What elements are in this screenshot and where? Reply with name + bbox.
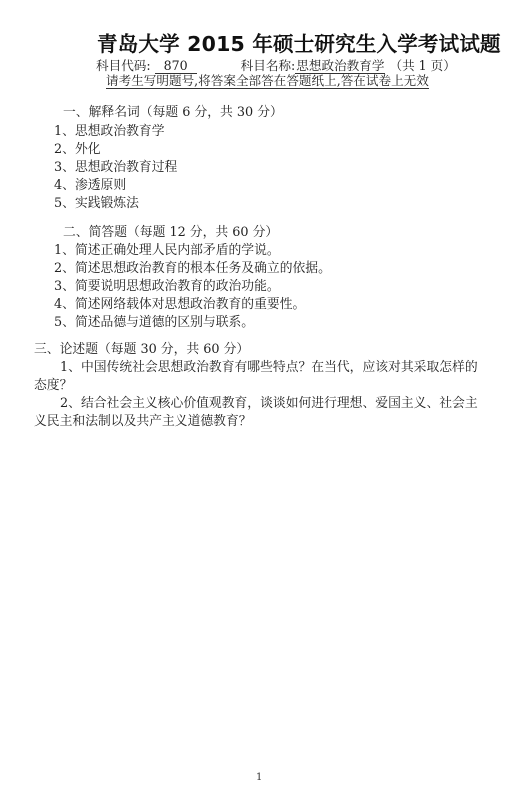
section-3-item-1-line-1: 1、中国传统社会思想政治教育有哪些特点？在当代，应该对其采取怎样的 [60,359,478,377]
section-2-item: 3、简要说明思想政治教育的政治功能。 [54,278,280,296]
section-1-item: 5、实践锻炼法 [54,195,139,213]
section-1-item: 3、思想政治教育过程 [54,159,177,177]
section-2-item: 2、简述思想政治教育的根本任务及确立的依据。 [54,260,331,278]
section-1-item: 1、思想政治教育学 [54,123,165,141]
section-2-item: 5、简述品德与道德的区别与联系。 [54,314,254,332]
page-count: （共 1 页） [389,58,455,73]
page-number: 1 [256,772,262,783]
section-2-item: 1、简述正确处理人民内部矛盾的学说。 [54,242,280,260]
section-3-item-1-line-2: 态度？ [34,377,72,395]
section-1-item: 4、渗透原则 [54,177,126,195]
section-2-heading: 二、简答题（每题 12 分，共 60 分） [63,224,278,242]
subject-code-value: 870 [155,58,197,74]
subject-name-value: 思想政治教育学 [295,58,385,74]
subject-name-label: 科目名称: [241,58,296,73]
section-3-item-2-line-2: 义民主和法制以及共产主义道德教育？ [34,413,252,431]
section-3-heading: 三、论述题（每题 30 分，共 60 分） [34,341,249,359]
section-1-heading: 一、解释名词（每题 6 分，共 30 分） [63,104,283,122]
answer-notice: 请考生写明题号,将答案全部答在答题纸上,答在试卷上无效 [106,74,429,89]
section-1-item: 2、外化 [54,141,101,159]
section-2-item: 4、简述网络载体对思想政治教育的重要性。 [54,296,305,314]
section-3-item-2-line-1: 2、结合社会主义核心价值观教育，谈谈如何进行理想、爱国主义、社会主 [60,395,478,413]
subject-info: 科目代码: 870 科目名称:思想政治教育学 （共 1 页） [96,55,456,74]
subject-code-label: 科目代码: [96,58,151,73]
exam-title: 青岛大学 2015 年硕士研究生入学考试试题 [97,27,501,57]
